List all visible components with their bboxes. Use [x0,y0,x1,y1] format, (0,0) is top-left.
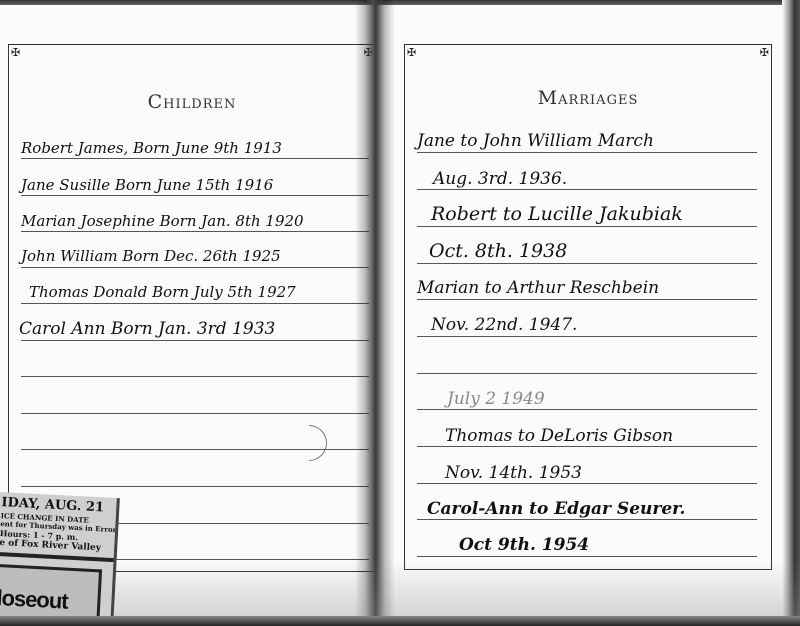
marriage-entry: Aug. 3rd. 1936. [433,171,567,188]
ruled-line [417,226,757,227]
marriage-entry: Thomas to DeLoris Gibson [445,428,673,445]
ruled-line [417,263,757,264]
ruled-line [417,409,757,410]
corner-ornament-icon: ✠ [11,47,20,58]
page-title: Marriages [405,87,771,109]
marriage-entry: Nov. 14th. 1953 [445,465,582,482]
child-entry: Carol Ann Born Jan. 3rd 1933 [19,321,275,338]
corner-ornament-icon: ✠ [407,47,416,58]
ruled-line [417,556,757,557]
pen-mark [309,425,327,461]
ruled-line [417,373,757,374]
book-top-edge [0,0,800,5]
ruled-line [21,158,369,159]
marriage-entry: Jane to John William March [417,133,654,150]
clipping-rule [0,552,117,562]
ruled-line [417,446,757,447]
ruled-line [417,519,757,520]
ruled-line [21,376,369,377]
marriage-entry: Oct 9th. 1954 [459,537,589,554]
ruled-line [417,336,757,337]
marriages-page: ✠ ✠ Marriages Jane to John William March… [404,44,772,570]
open-book-spread: ✠ ✠ Children Robert James, Born June 9th… [0,0,800,626]
marriage-entry: Carol-Ann to Edgar Seurer. [427,501,685,518]
book-bottom-edge [0,616,800,626]
ruled-line [21,231,369,232]
ruled-line [21,195,369,196]
child-entry: Marian Josephine Born Jan. 8th 1920 [21,214,304,229]
ruled-line [21,267,369,268]
ruled-line [21,303,369,304]
marriage-entry: July 2 1949 [447,391,545,408]
corner-ornament-icon: ✠ [760,47,769,58]
ruled-line [417,152,757,153]
marriage-entry: Marian to Arthur Reschbein [417,280,659,297]
marriage-entry: Robert to Lucille Jakubiak [431,205,683,224]
ruled-line [21,486,369,487]
children-page: ✠ ✠ Children Robert James, Born June 9th… [8,44,376,572]
ruled-line [21,413,369,414]
clipping-headline: loseout [0,585,68,615]
marriage-entry: Oct. 8th. 1938 [429,242,567,261]
ruled-line [417,483,757,484]
child-entry: Jane Susille Born June 15th 1916 [21,178,273,193]
child-entry: Robert James, Born June 9th 1913 [21,141,282,156]
ruled-line [417,189,757,190]
clipping-text: e of Fox River Valley [0,539,101,553]
page-title: Children [9,91,375,113]
newspaper-clipping: IDAY, AUG. 21 ICE CHANGE IN DATE ent for… [0,492,120,626]
book-spine [355,0,395,626]
child-entry: Thomas Donald Born July 5th 1927 [29,285,296,300]
book-right-edge [782,0,800,626]
marriage-entry: Nov. 22nd. 1947. [431,317,577,334]
ruled-line [417,299,757,300]
page-smudge [0,560,800,616]
child-entry: John William Born Dec. 26th 1925 [21,249,281,264]
ruled-line [21,340,369,341]
